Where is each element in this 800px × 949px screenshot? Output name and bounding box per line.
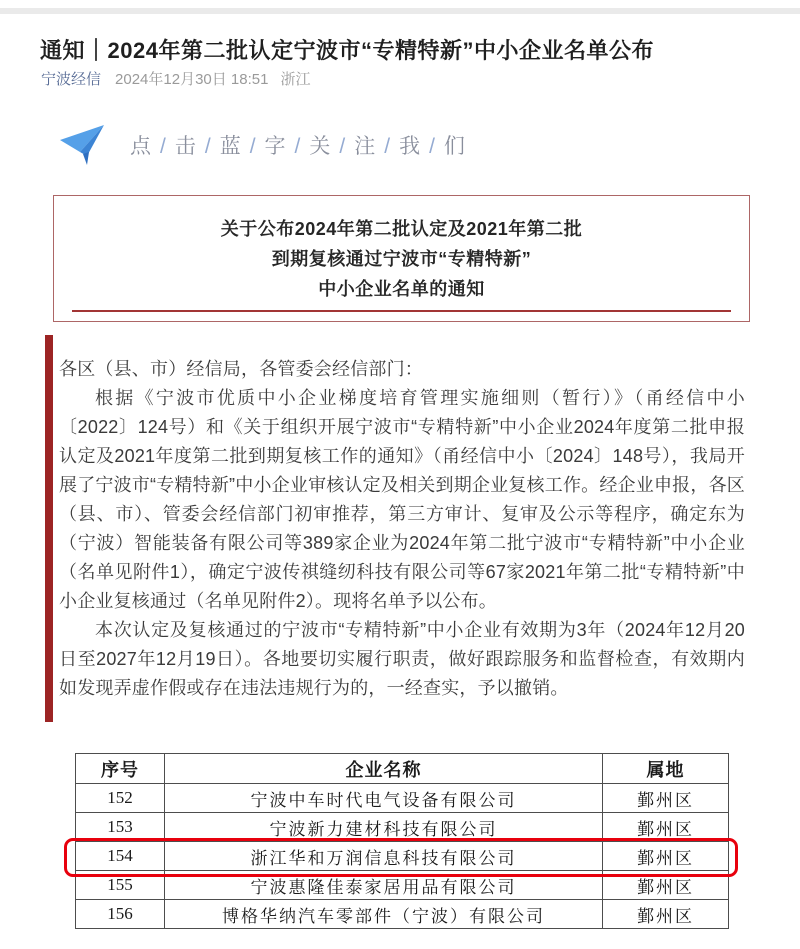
article-page: 通知｜2024年第二批认定宁波市“专精特新”中小企业名单公布 宁波经信2024年… (0, 0, 800, 949)
notice-title-line: 到期复核通过宁波市“专精特新” (64, 244, 739, 274)
table-row: 156 博格华纳汽车零部件（宁波）有限公司 鄞州区 (76, 900, 729, 929)
company-roster-table: 序号 企业名称 属地 152 宁波中车时代电气设备有限公司 鄞州区 153 宁波… (75, 753, 729, 929)
paper-plane-icon (58, 124, 108, 166)
banner-slash: / (377, 135, 399, 158)
page-top-divider (0, 8, 800, 14)
banner-char: 注 (354, 135, 377, 158)
body-paragraph: 本次认定及复核通过的宁波市“专精特新”中小企业有效期为3年（2024年12月20… (59, 616, 745, 703)
cell-company-name: 博格华纳汽车零部件（宁波）有限公司 (165, 900, 603, 929)
cell-company-name: 宁波新力建材科技有限公司 (165, 813, 603, 842)
table-row-highlighted: 154 浙江华和万润信息科技有限公司 鄞州区 (76, 842, 729, 871)
banner-char: 字 (265, 135, 288, 158)
publish-datetime: 2024年12月30日 18:51 (115, 71, 268, 88)
banner-slash: / (198, 135, 220, 158)
notice-body-text: 各区（县、市）经信局，各管委会经信部门： 根据《宁波市优质中小企业梯度培育管理实… (59, 355, 745, 703)
account-name-link[interactable]: 宁波经信 (41, 71, 101, 88)
cell-company-name: 宁波中车时代电气设备有限公司 (165, 784, 603, 813)
cell-company-name: 浙江华和万润信息科技有限公司 (165, 842, 603, 871)
cell-seq: 154 (76, 842, 165, 871)
notice-red-divider (72, 310, 731, 312)
cell-seq: 153 (76, 813, 165, 842)
cell-seq: 155 (76, 871, 165, 900)
body-paragraph: 根据《宁波市优质中小企业梯度培育管理实施细则（暂行）》（甬经信中小〔2022〕1… (59, 384, 745, 616)
banner-slash: / (153, 135, 175, 158)
cell-region: 鄞州区 (603, 813, 729, 842)
banner-slash: / (422, 135, 444, 158)
cell-region: 鄞州区 (603, 871, 729, 900)
publish-location: 浙江 (280, 71, 310, 88)
header-company-name: 企业名称 (165, 754, 603, 784)
banner-slash: / (288, 135, 310, 158)
banner-char: 们 (444, 135, 467, 158)
notice-body-section: 各区（县、市）经信局，各管委会经信部门： 根据《宁波市优质中小企业梯度培育管理实… (45, 335, 748, 722)
cell-seq: 156 (76, 900, 165, 929)
header-seq: 序号 (76, 754, 165, 784)
banner-slash: / (243, 135, 265, 158)
left-red-bar (45, 335, 53, 722)
company-roster-table-wrap: 序号 企业名称 属地 152 宁波中车时代电气设备有限公司 鄞州区 153 宁波… (75, 753, 729, 929)
cell-seq: 152 (76, 784, 165, 813)
table-row: 152 宁波中车时代电气设备有限公司 鄞州区 (76, 784, 729, 813)
notice-title-line: 关于公布2024年第二批认定及2021年第二批 (64, 214, 739, 244)
notice-title-box: 关于公布2024年第二批认定及2021年第二批 到期复核通过宁波市“专精特新” … (53, 195, 750, 322)
page-title: 通知｜2024年第二批认定宁波市“专精特新”中小企业名单公布 (40, 35, 766, 67)
banner-char: 我 (399, 135, 422, 158)
cell-region: 鄞州区 (603, 900, 729, 929)
banner-char: 点 (130, 135, 153, 158)
byline: 宁波经信2024年12月30日 18:51浙江 (41, 68, 310, 89)
salutation-line: 各区（县、市）经信局，各管委会经信部门： (59, 355, 745, 384)
follow-banner-text: 点/击/蓝/字/关/注/我/们 (130, 130, 467, 160)
cell-company-name: 宁波惠隆佳泰家居用品有限公司 (165, 871, 603, 900)
table-header-row: 序号 企业名称 属地 (76, 754, 729, 784)
header-region: 属地 (603, 754, 729, 784)
banner-char: 蓝 (220, 135, 243, 158)
notice-title-line: 中小企业名单的通知 (64, 274, 739, 304)
banner-char: 关 (309, 135, 332, 158)
table-row: 153 宁波新力建材科技有限公司 鄞州区 (76, 813, 729, 842)
follow-banner: 点/击/蓝/字/关/注/我/们 (58, 120, 467, 170)
banner-slash: / (332, 135, 354, 158)
cell-region: 鄞州区 (603, 842, 729, 871)
banner-char: 击 (175, 135, 198, 158)
cell-region: 鄞州区 (603, 784, 729, 813)
table-row: 155 宁波惠隆佳泰家居用品有限公司 鄞州区 (76, 871, 729, 900)
